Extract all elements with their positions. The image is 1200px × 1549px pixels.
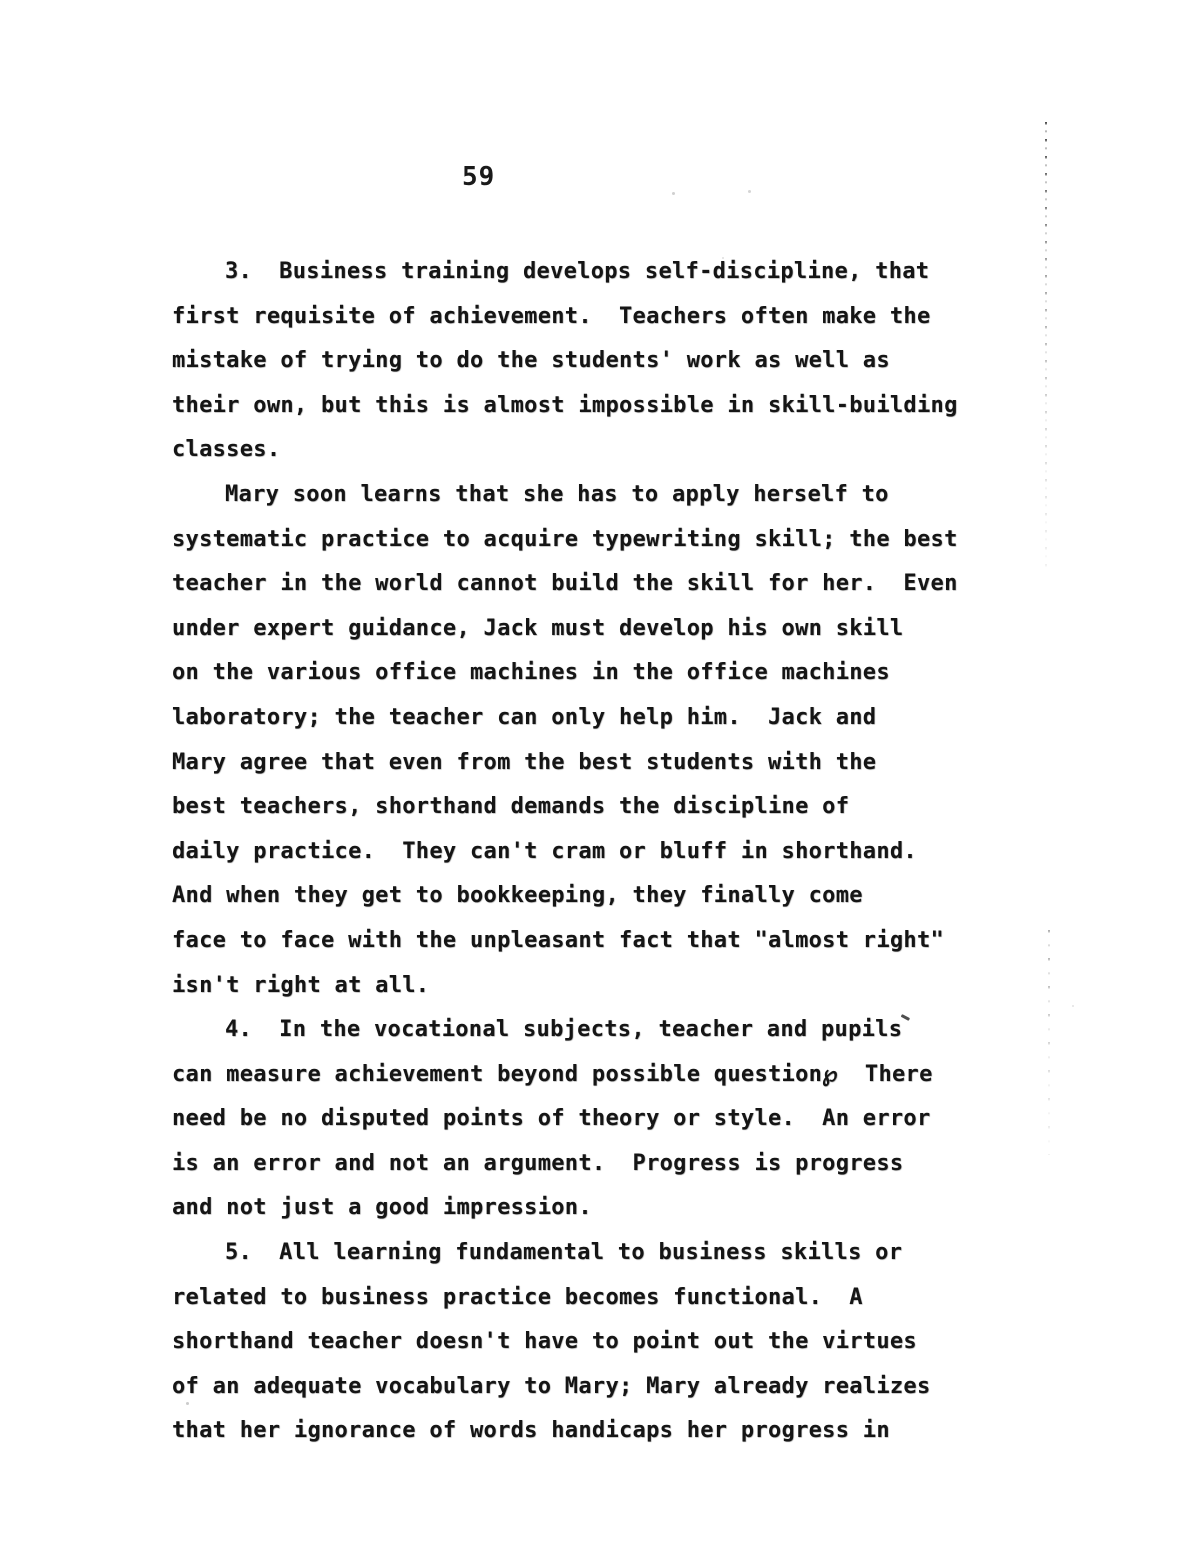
text-line: that her ignorance of words handicaps he…: [172, 1409, 972, 1454]
text-line: 5. All learning fundamental to business …: [172, 1231, 972, 1276]
text-line: daily practice. They can't cram or bluff…: [172, 830, 972, 875]
body-text: 3. Business training develops self-disci…: [172, 250, 972, 1454]
text-line: mistake of trying to do the students' wo…: [172, 339, 972, 384]
scan-speck: [672, 192, 675, 195]
text-line: classes.: [172, 428, 972, 473]
text-line: best teachers, shorthand demands the dis…: [172, 785, 972, 830]
text-line: related to business practice becomes fun…: [172, 1276, 972, 1321]
scan-speck: [1072, 1005, 1074, 1007]
text-line: Mary agree that even from the best stude…: [172, 741, 972, 786]
text-line: And when they get to bookkeeping, they f…: [172, 874, 972, 919]
text-line: laboratory; the teacher can only help hi…: [172, 696, 972, 741]
scan-artifact-column-top: [1045, 122, 1047, 567]
scan-speck: [186, 1402, 189, 1405]
text-line: isn't right at all.: [172, 964, 972, 1009]
text-line: Mary soon learns that she has to apply h…: [172, 473, 972, 518]
text-line: first requisite of achievement. Teachers…: [172, 295, 972, 340]
text-line: is an error and not an argument. Progres…: [172, 1142, 972, 1187]
text-line: systematic practice to acquire typewriti…: [172, 518, 972, 563]
text-line: teacher in the world cannot build the sk…: [172, 562, 972, 607]
text-line: and not just a good impression.: [172, 1186, 972, 1231]
page-number: 59: [462, 162, 495, 192]
text-line: under expert guidance, Jack must develop…: [172, 607, 972, 652]
text-line: face to face with the unpleasant fact th…: [172, 919, 972, 964]
text-line: their own, but this is almost impossible…: [172, 384, 972, 429]
text-line: 3. Business training develops self-disci…: [172, 250, 972, 295]
text-line: of an adequate vocabulary to Mary; Mary …: [172, 1365, 972, 1410]
scan-artifact-column-middle: [1048, 930, 1050, 1155]
text-line: can measure achievement beyond possible …: [172, 1053, 972, 1098]
scan-speck: [748, 190, 751, 193]
document-page: 59 3. Business training develops self-di…: [0, 0, 1200, 1549]
scan-speck: [722, 257, 724, 259]
text-line: on the various office machines in the of…: [172, 651, 972, 696]
text-line: 4. In the vocational subjects, teacher a…: [172, 1008, 972, 1053]
text-line: shorthand teacher doesn't have to point …: [172, 1320, 972, 1365]
text-line: need be no disputed points of theory or …: [172, 1097, 972, 1142]
